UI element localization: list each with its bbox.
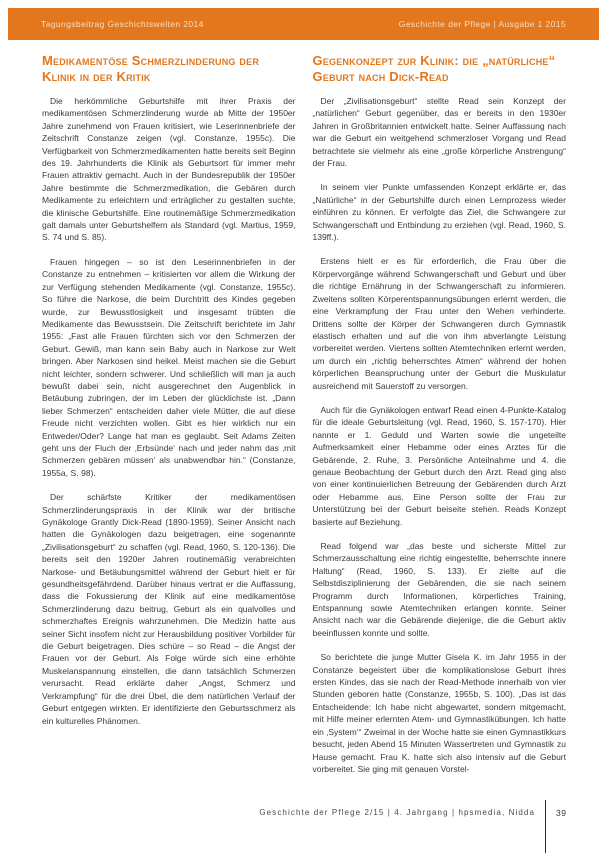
right-paragraph-4: Auch für die Gynäkologen entwarf Read ei…: [313, 404, 567, 528]
page-footer: Geschichte der Pflege 2/15 | 4. Jahrgang…: [0, 806, 607, 853]
right-paragraph-6: So berichtete die junge Mutter Gisela K.…: [313, 651, 567, 775]
left-paragraph-1: Die herkömmliche Geburtshilfe mit ihrer …: [42, 95, 296, 244]
left-column-heading: Medikamentöse Schmerzlinderung der Klini…: [42, 53, 296, 85]
right-paragraph-2: In seinem vier Punkte umfassenden Konzep…: [313, 181, 567, 243]
footer-divider: [545, 800, 546, 853]
footer-journal-line: Geschichte der Pflege 2/15 | 4. Jahrgang…: [259, 808, 535, 817]
header-bar: Tagungsbeitrag Geschichtswelten 2014 Ges…: [8, 8, 599, 40]
right-column-heading: Gegenkonzept zur Klinik: die „natürliche…: [313, 53, 567, 85]
left-paragraph-2: Frauen hingegen – so ist den Leserinnenb…: [42, 256, 296, 479]
journal-page: Tagungsbeitrag Geschichtswelten 2014 Ges…: [0, 0, 607, 853]
right-column: Gegenkonzept zur Klinik: die „natürliche…: [313, 53, 567, 787]
left-column: Medikamentöse Schmerzlinderung der Klini…: [42, 53, 296, 787]
left-paragraph-3: Der schärfste Kritiker der medikamentöse…: [42, 491, 296, 727]
header-right-text: Geschichte der Pflege | Ausgabe 1 2015: [399, 19, 566, 29]
right-paragraph-3: Erstens hielt er es für erforderlich, di…: [313, 255, 567, 391]
right-paragraph-1: Der „Zivilisationsgeburt“ stellte Read s…: [313, 95, 567, 169]
page-content: Medikamentöse Schmerzlinderung der Klini…: [42, 53, 566, 787]
header-left-text: Tagungsbeitrag Geschichtswelten 2014: [41, 19, 204, 29]
footer-page-number: 39: [556, 808, 566, 818]
right-paragraph-5: Read folgend war „das beste und sicherst…: [313, 540, 567, 639]
